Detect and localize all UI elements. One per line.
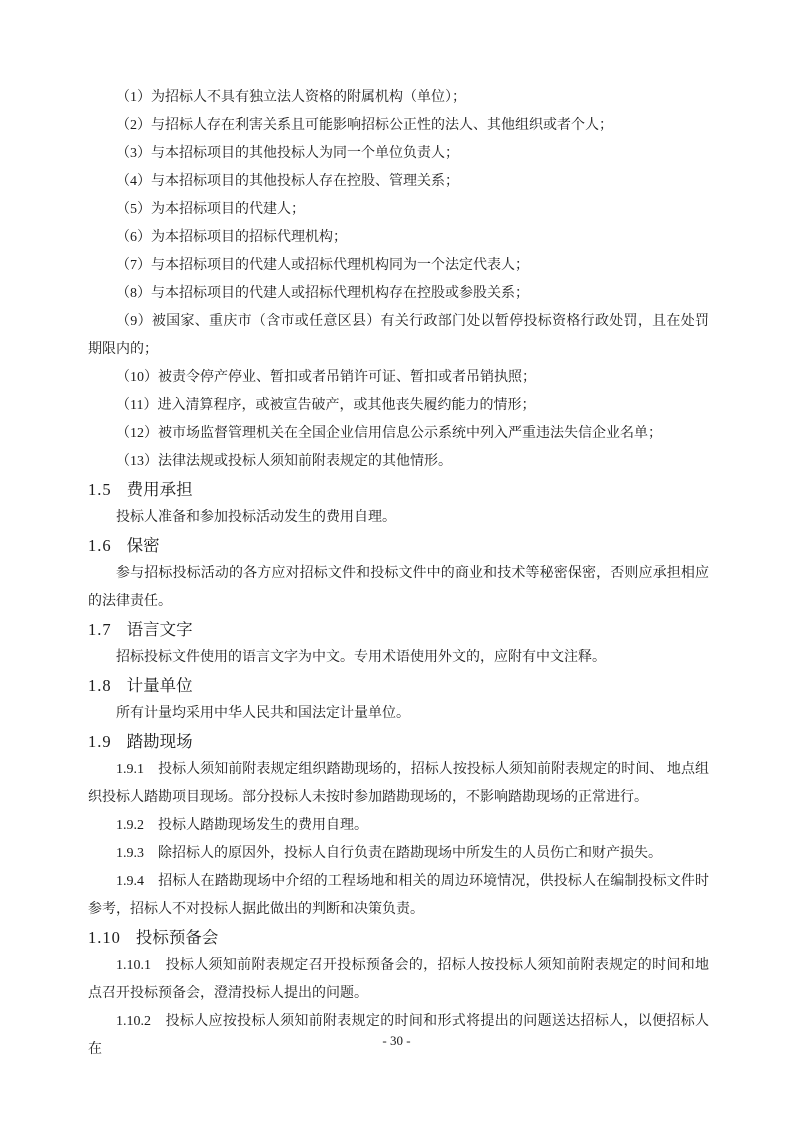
paragraph: 1.10.1 投标人须知前附表规定召开投标预备会的，招标人按投标人须知前附表规定… [88, 952, 709, 1008]
section-title: 踏勘现场 [127, 732, 193, 751]
section-heading: 1.10投标预备会 [88, 924, 709, 952]
section-number: 1.5 [88, 476, 112, 504]
section-heading: 1.9踏勘现场 [88, 728, 709, 756]
paragraph: 参与招标投标活动的各方应对招标文件和投标文件中的商业和技术等秘密保密，否则应承担… [88, 560, 709, 616]
paragraph: 所有计量均采用中华人民共和国法定计量单位。 [88, 700, 709, 728]
paragraph: （2）与招标人存在利害关系且可能影响招标公正性的法人、其他组织或者个人； [88, 112, 709, 140]
paragraph: （3）与本招标项目的其他投标人为同一个单位负责人； [88, 140, 709, 168]
section-heading: 1.5费用承担 [88, 476, 709, 504]
section-title: 语言文字 [127, 620, 193, 639]
section-title: 费用承担 [127, 480, 193, 499]
page-footer: - 30 - [0, 1031, 793, 1051]
section-number: 1.6 [88, 532, 112, 560]
document-page: （1）为招标人不具有独立法人资格的附属机构（单位）；（2）与招标人存在利害关系且… [0, 0, 793, 1122]
section-number: 1.8 [88, 672, 112, 700]
paragraph: （6）为本招标项目的招标代理机构； [88, 224, 709, 252]
page-number: - 30 - [382, 1033, 410, 1048]
paragraph: 1.9.3 除招标人的原因外，投标人自行负责在踏勘现场中所发生的人员伤亡和财产损… [88, 840, 709, 868]
paragraph: 1.9.4 招标人在踏勘现场中介绍的工程场地和相关的周边环境情况，供投标人在编制… [88, 868, 709, 924]
section-title: 投标预备会 [136, 928, 219, 947]
section-number: 1.10 [88, 924, 121, 952]
paragraph: （7）与本招标项目的代建人或招标代理机构同为一个法定代表人； [88, 252, 709, 280]
paragraph: （8）与本招标项目的代建人或招标代理机构存在控股或参股关系； [88, 280, 709, 308]
paragraph: （5）为本招标项目的代建人； [88, 196, 709, 224]
section-title: 计量单位 [127, 676, 193, 695]
section-title: 保密 [127, 536, 160, 555]
section-number: 1.9 [88, 728, 112, 756]
paragraph: （10）被责令停产停业、暂扣或者吊销许可证、暂扣或者吊销执照； [88, 364, 709, 392]
paragraph: 投标人准备和参加投标活动发生的费用自理。 [88, 504, 709, 532]
paragraph: （4）与本招标项目的其他投标人存在控股、管理关系； [88, 168, 709, 196]
paragraph: （1）为招标人不具有独立法人资格的附属机构（单位）； [88, 84, 709, 112]
paragraph: 1.9.1 投标人须知前附表规定组织踏勘现场的，招标人按投标人须知前附表规定的时… [88, 756, 709, 812]
paragraph: 1.9.2 投标人踏勘现场发生的费用自理。 [88, 812, 709, 840]
paragraph: 招标投标文件使用的语言文字为中文。专用术语使用外文的，应附有中文注释。 [88, 644, 709, 672]
section-heading: 1.7语言文字 [88, 616, 709, 644]
paragraph: （13）法律法规或投标人须知前附表规定的其他情形。 [88, 448, 709, 476]
section-heading: 1.8计量单位 [88, 672, 709, 700]
paragraph: （12）被市场监督管理机关在全国企业信用信息公示系统中列入严重违法失信企业名单； [88, 420, 709, 448]
paragraph: （9）被国家、重庆市（含市或任意区县）有关行政部门处以暂停投标资格行政处罚，且在… [88, 308, 709, 364]
paragraph: （11）进入清算程序，或被宣告破产，或其他丧失履约能力的情形； [88, 392, 709, 420]
document-content: （1）为招标人不具有独立法人资格的附属机构（单位）；（2）与招标人存在利害关系且… [88, 84, 709, 1064]
section-heading: 1.6保密 [88, 532, 709, 560]
section-number: 1.7 [88, 616, 112, 644]
